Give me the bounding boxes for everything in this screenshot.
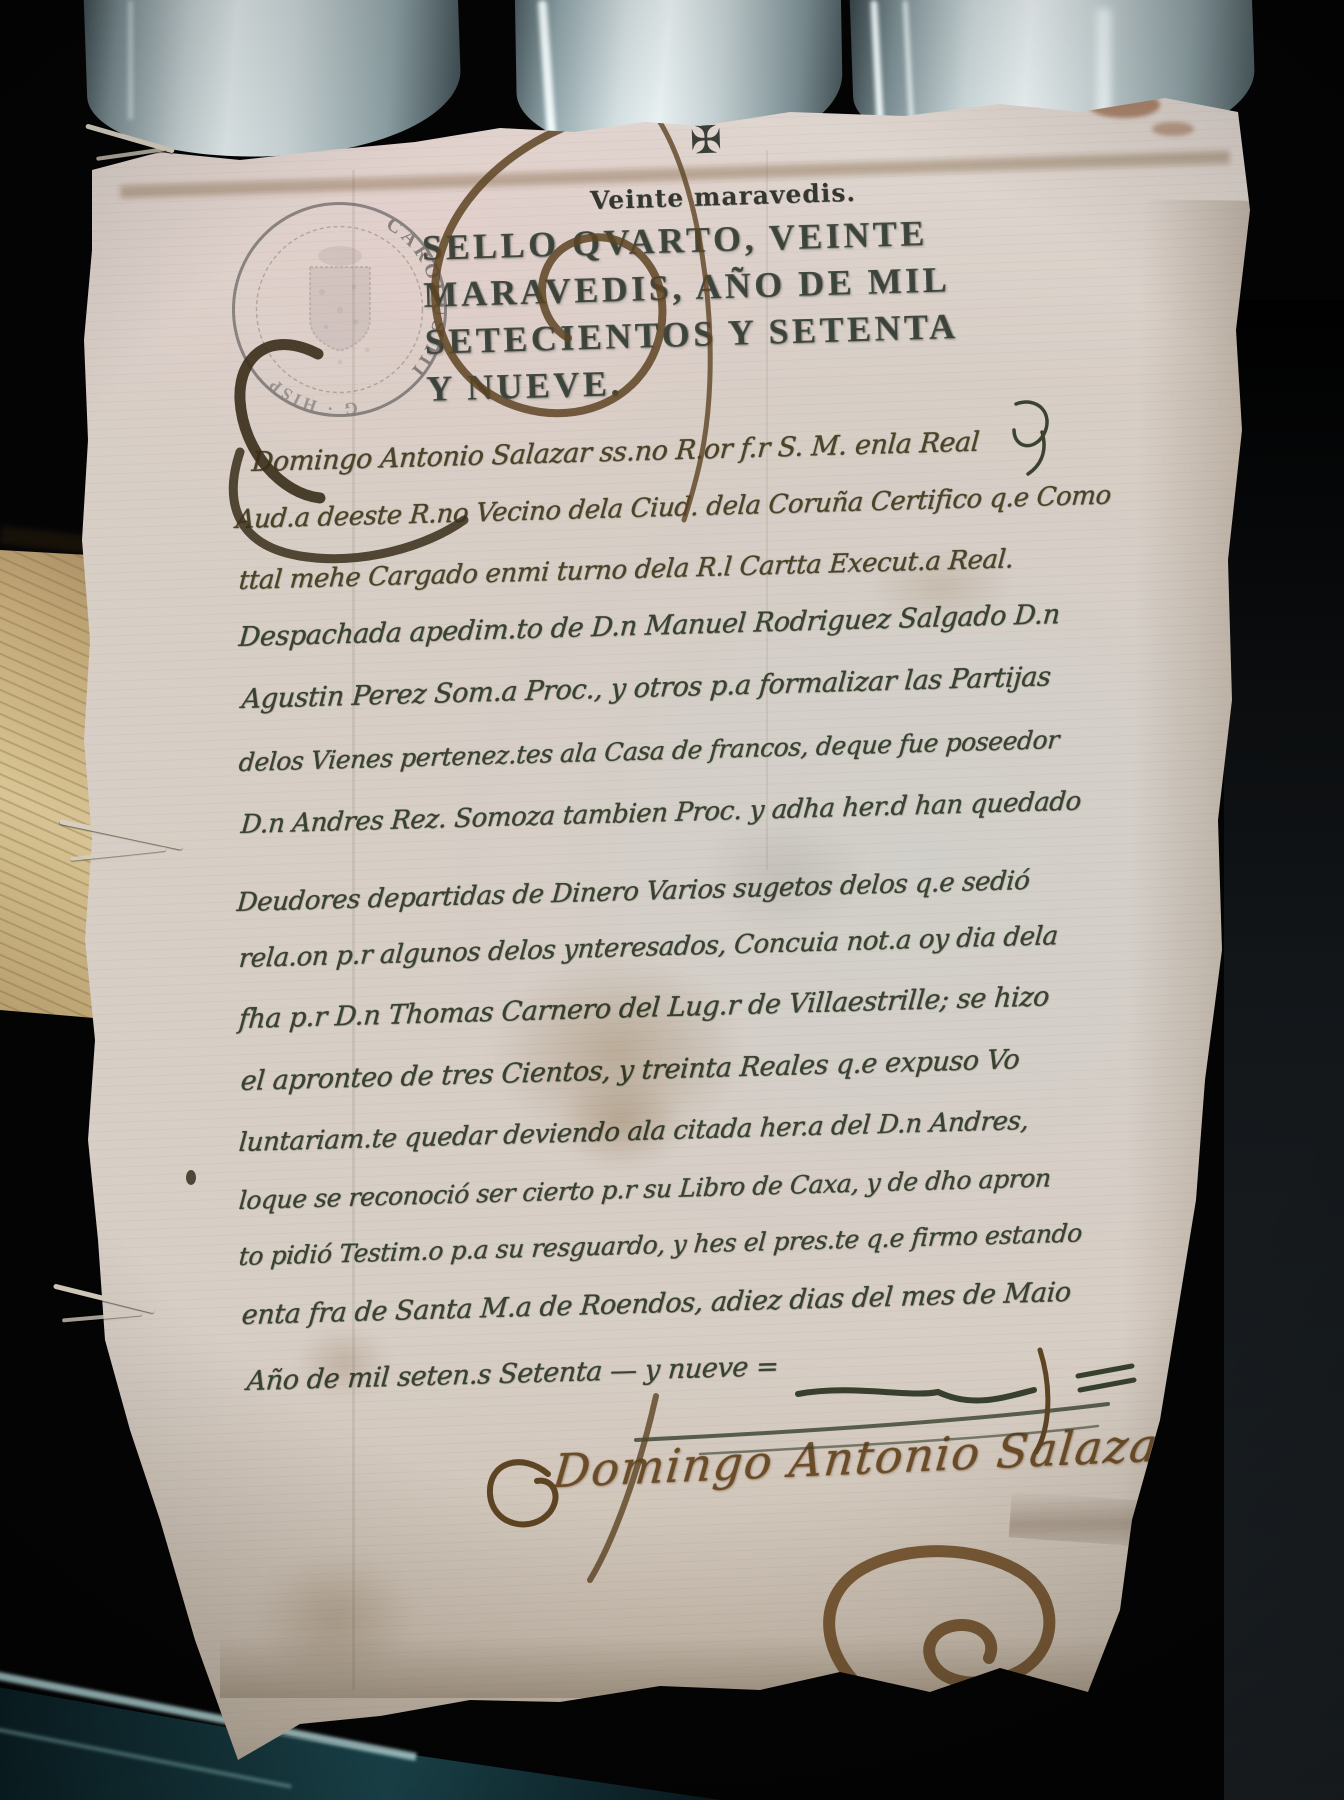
manuscript-page: -154- ✠ Veinte maravedis. SELLO QVARTO, …: [0, 0, 1344, 1800]
case-shadow: [1224, 300, 1344, 1800]
display-case-photo: -154- ✠ Veinte maravedis. SELLO QVARTO, …: [0, 0, 1344, 1800]
paper-vignette: [0, 0, 1344, 1800]
cylinder-highlight: [128, 0, 133, 120]
